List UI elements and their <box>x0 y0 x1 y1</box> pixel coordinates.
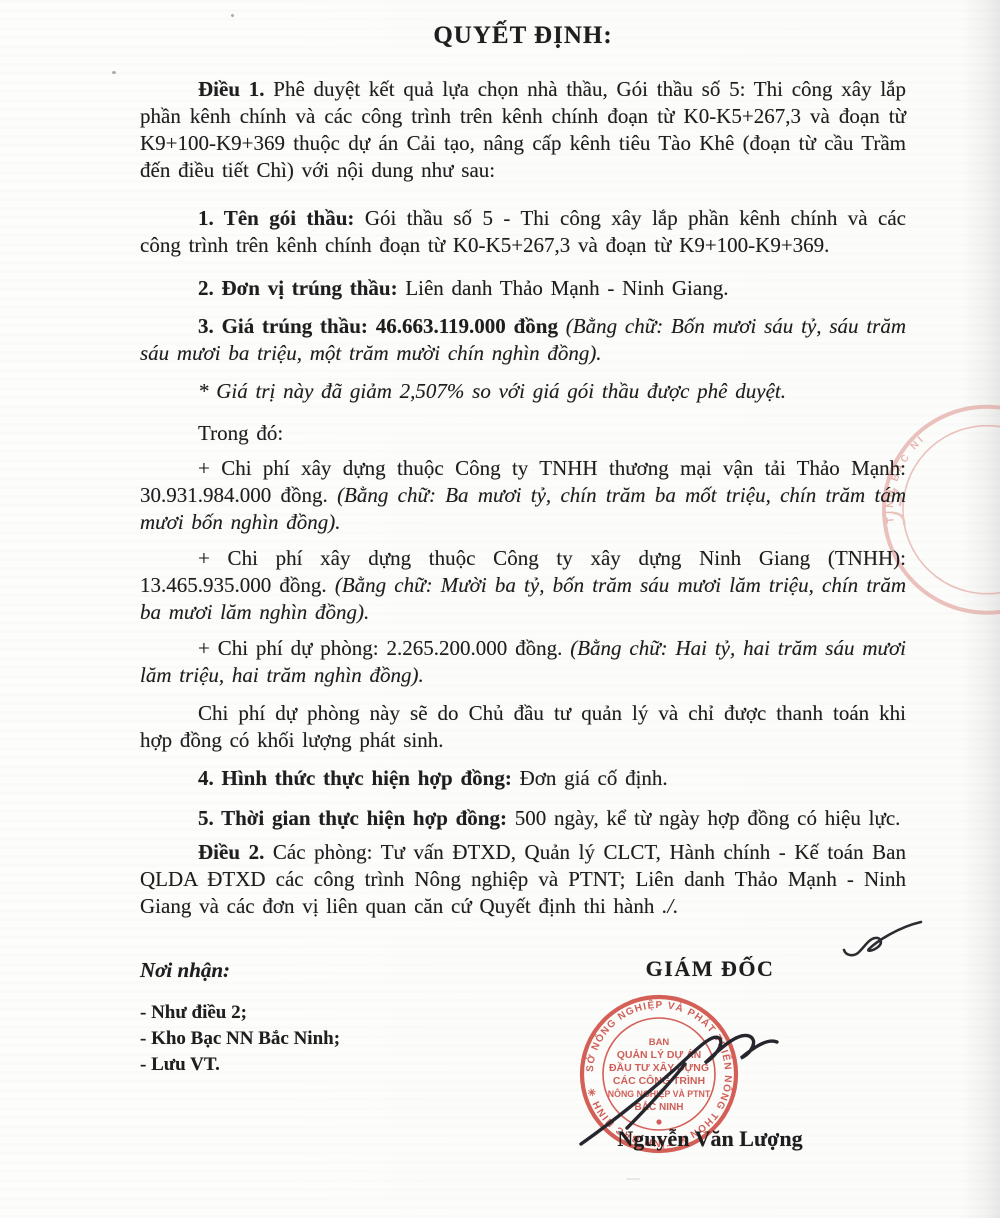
paragraph-1: Điều 1. Phê duyệt kết quả lựa chọn nhà t… <box>140 76 906 184</box>
recipients-block: Nơi nhận: - Như điều 2;- Kho Bạc NN Bắc … <box>140 958 470 1078</box>
recipients-title: Nơi nhận: <box>140 958 470 983</box>
scan-speck <box>112 71 116 74</box>
recipient-item-3: - Lưu VT. <box>140 1052 470 1078</box>
paragraph-5: * Giá trị này đã giảm 2,507% so với giá … <box>140 378 906 405</box>
paragraph-10: Chi phí dự phòng này sẽ do Chủ đầu tư qu… <box>140 700 906 754</box>
paragraph-11: 4. Hình thức thực hiện hợp đồng: Đơn giá… <box>140 765 906 792</box>
document-content: QUYẾT ĐỊNH: Điều 1. Phê duyệt kết quả lự… <box>140 22 906 930</box>
document-page: TỈNH BẮC NINH QUYẾT ĐỊNH: Điều 1. Phê du… <box>0 0 1000 1218</box>
signature-block: GIÁM ĐỐC SỞ NÔNG NGHIỆP VÀ PHÁT TRIỂN NÔ… <box>555 956 865 1166</box>
recipient-item-2: - Kho Bạc NN Bắc Ninh; <box>140 1026 470 1052</box>
page-title: QUYẾT ĐỊNH: <box>140 22 906 50</box>
signer-name: Nguyễn Văn Lượng <box>555 1126 865 1152</box>
signer-title: GIÁM ĐỐC <box>555 956 865 982</box>
handwritten-mark-icon <box>836 916 926 964</box>
scan-speck <box>230 13 234 17</box>
paragraph-12: 5. Thời gian thực hiện hợp đồng: 500 ngà… <box>140 805 906 832</box>
recipient-item-1: - Như điều 2; <box>140 1000 470 1026</box>
paragraph-4: 3. Giá trúng thầu: 46.663.119.000 đồng (… <box>140 313 906 367</box>
paragraph-6: Trong đó: <box>140 420 906 447</box>
document-body: Điều 1. Phê duyệt kết quả lựa chọn nhà t… <box>140 76 906 920</box>
recipients-list: - Như điều 2;- Kho Bạc NN Bắc Ninh;- Lưu… <box>140 1000 470 1078</box>
paragraph-8: + Chi phí xây dựng thuộc Công ty xây dựn… <box>140 545 906 626</box>
paragraph-9: + Chi phí dự phòng: 2.265.200.000 đồng. … <box>140 635 906 689</box>
scan-speck <box>626 1178 640 1180</box>
paragraph-13: Điều 2. Các phòng: Tư vấn ĐTXD, Quản lý … <box>140 839 906 920</box>
paragraph-2: 1. Tên gói thầu: Gói thầu số 5 - Thi côn… <box>140 205 906 259</box>
paragraph-3: 2. Đơn vị trúng thầu: Liên danh Thảo Mạn… <box>140 275 906 302</box>
paragraph-7: + Chi phí xây dựng thuộc Công ty TNHH th… <box>140 455 906 536</box>
